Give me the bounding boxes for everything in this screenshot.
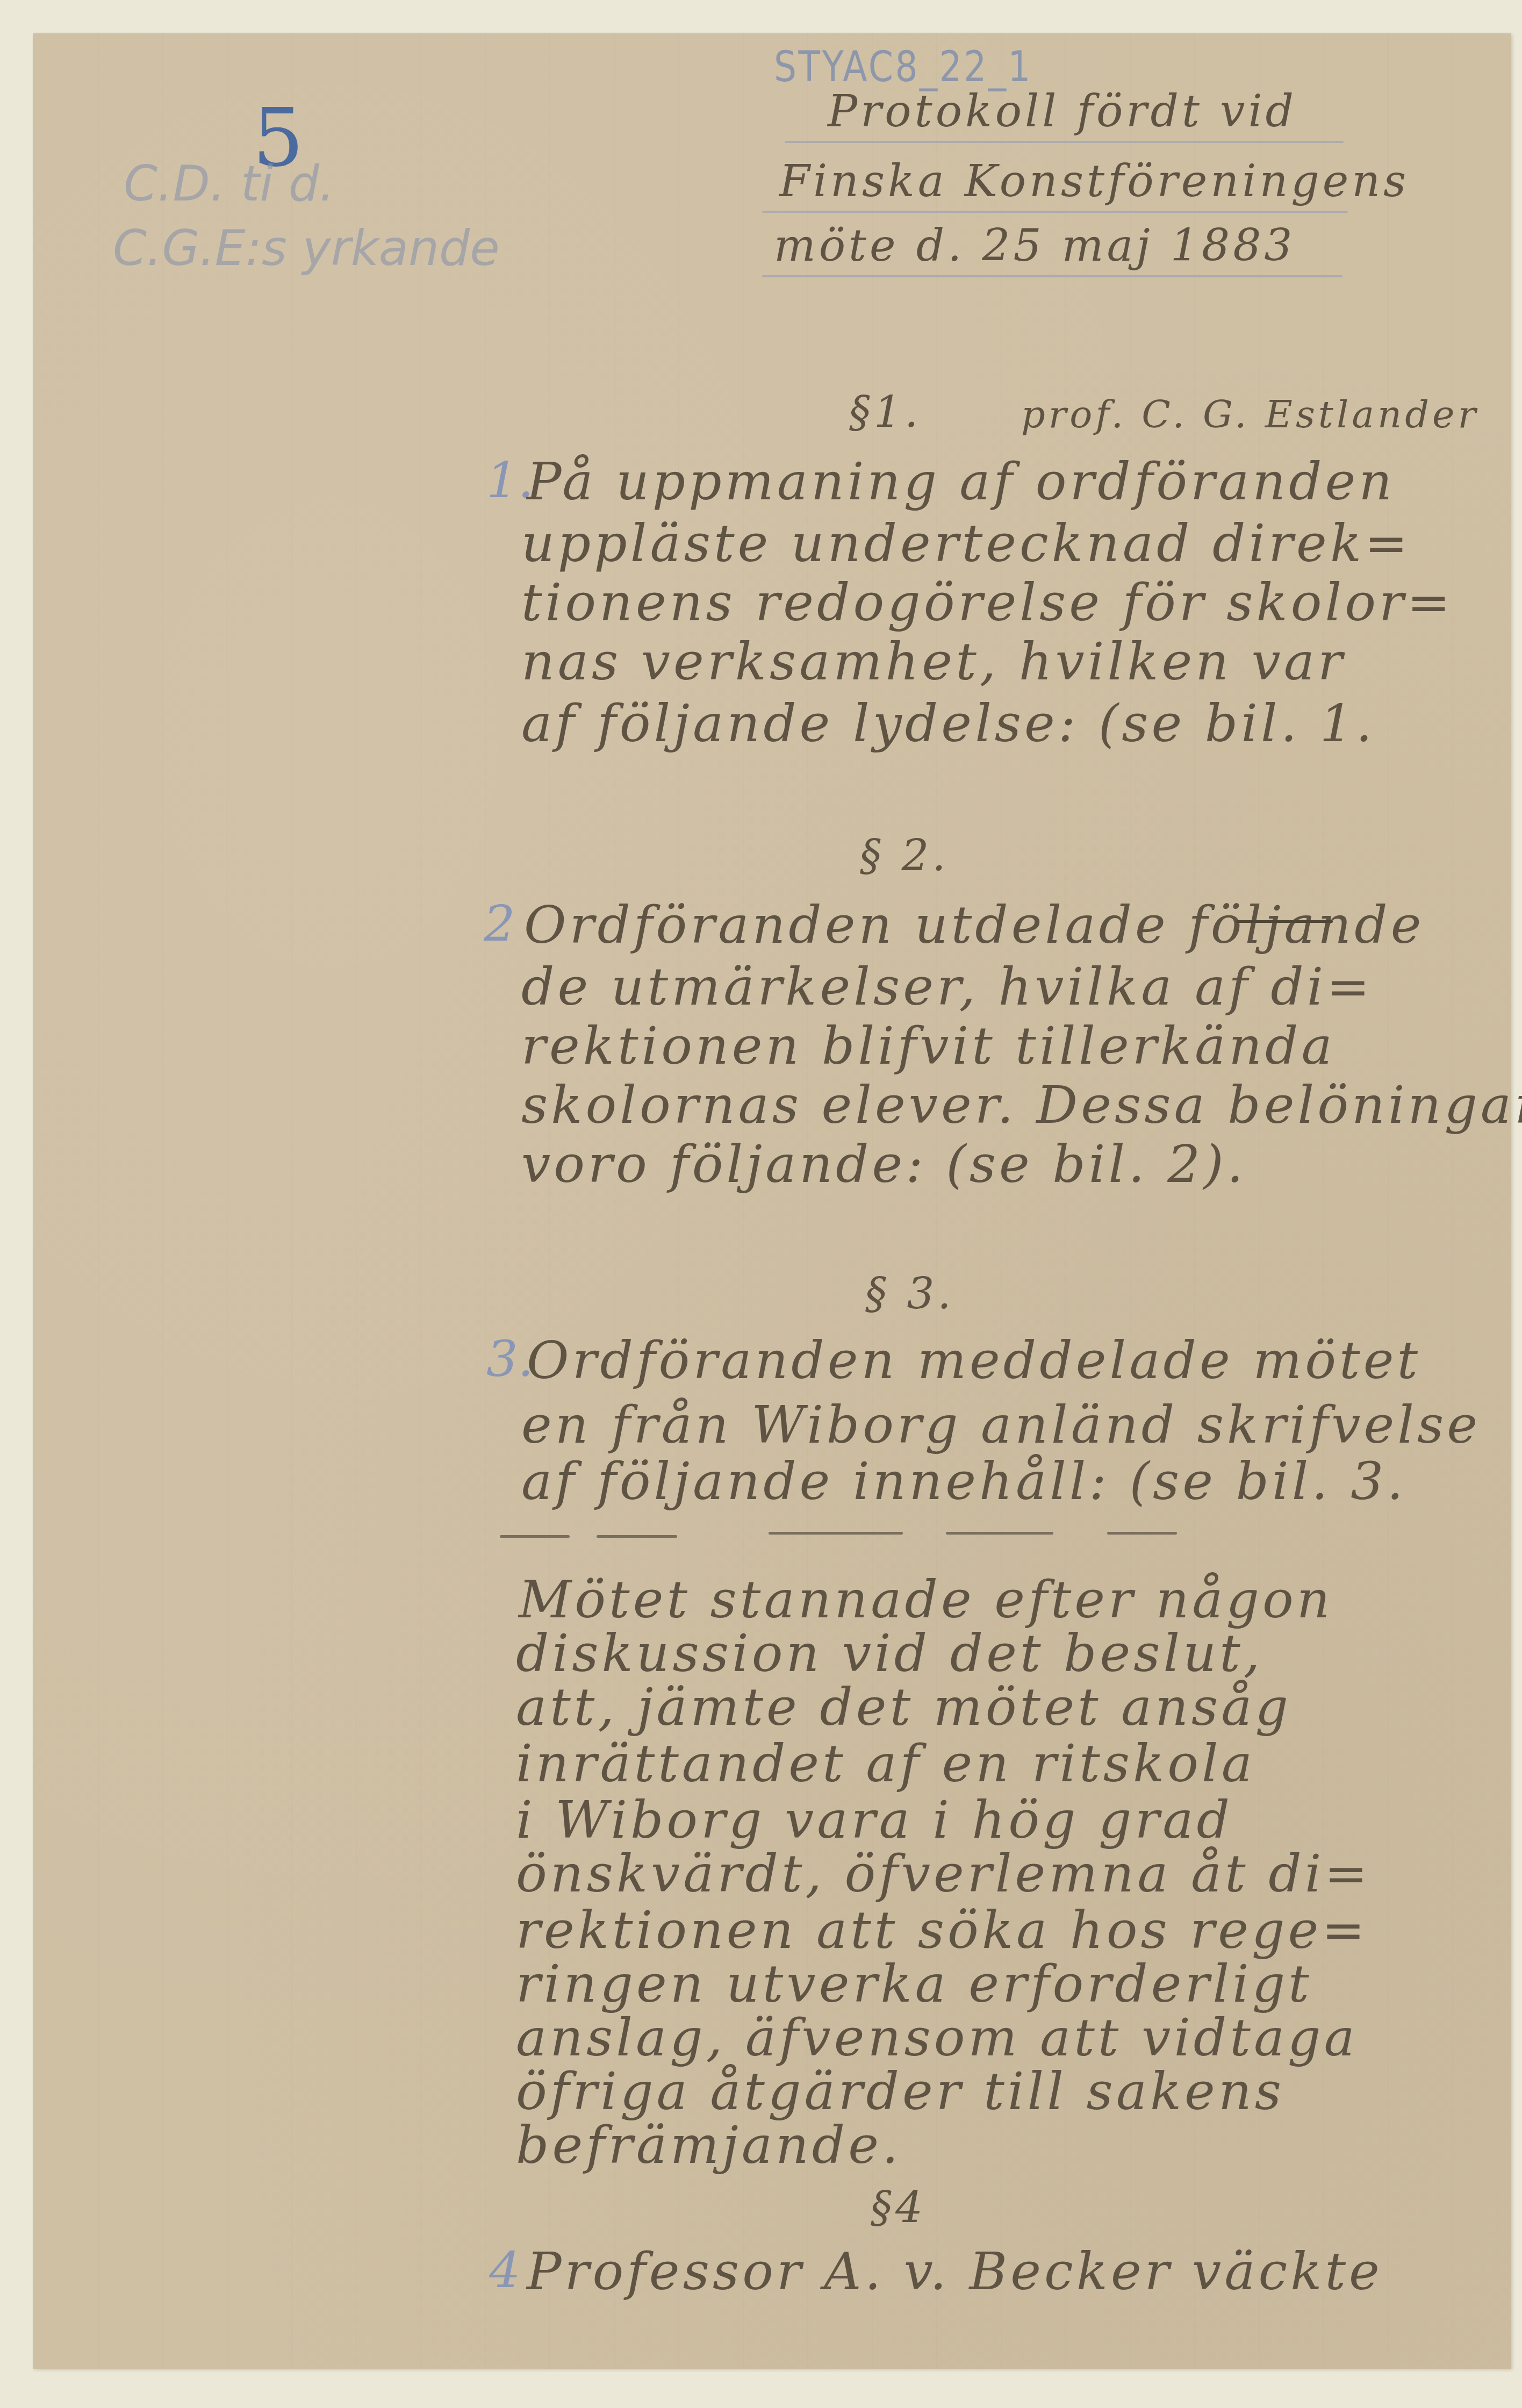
section-3-continuation: önskvärdt, öfverlemna åt di= (516, 1844, 1371, 1904)
section-2-line: rektionen blifvit tillerkända (521, 1016, 1336, 1076)
separator-dash (769, 1532, 903, 1535)
strikethrough (1236, 920, 1333, 923)
section-3-continuation: i Wiborg vara i hög grad (516, 1790, 1233, 1850)
section-2-line: Ordföranden utdelade följande (524, 895, 1424, 955)
section-3-line: af följande innehåll: (se bil. 3. (521, 1451, 1406, 1511)
title-line-3: möte d. 25 maj 1883 (774, 220, 1296, 271)
section-3-continuation: rektionen att söka hos rege= (516, 1900, 1368, 1960)
section-1-line: tionens redogörelse för skolor= (521, 572, 1453, 633)
section-3-continuation: ringen utverka erforderligt (516, 1954, 1312, 2014)
separator-dash (1107, 1532, 1177, 1535)
section-3-line: Ordföranden meddelade mötet (527, 1330, 1421, 1391)
section-3-continuation: öfriga åtgärder till sakens (516, 2061, 1284, 2122)
section-1-line: af följande lydelse: (se bil. 1. (521, 693, 1375, 754)
separator-dash (597, 1535, 677, 1538)
section-heading-3: § 3. (865, 1268, 954, 1318)
section-4-line: Professor A. v. Becker väckte (527, 2241, 1383, 2302)
section-2-line: de utmärkelser, hvilka af di= (521, 957, 1373, 1017)
pencil-note-1: C.D. ti d. (124, 156, 335, 212)
section-heading-4: §4 (871, 2182, 926, 2232)
section-1-line: nas verksamhet, hvilken var (521, 632, 1346, 692)
underline-2 (762, 211, 1348, 213)
underline-1 (785, 141, 1344, 143)
title-line-1: Protokoll fördt vid (828, 86, 1297, 137)
section-3-continuation: diskussion vid det beslut, (516, 1623, 1263, 1683)
catalog-stamp: STYAC8_22_1 (774, 43, 1032, 91)
separator-dash (500, 1535, 570, 1538)
section-heading-2: § 2. (860, 830, 949, 880)
section-2-line: voro följande: (se bil. 2). (521, 1134, 1246, 1194)
section-3-continuation: befrämjande. (516, 2115, 902, 2175)
title-line-2: Finska Konstföreningens (779, 156, 1409, 207)
section-3-continuation: Mötet stannade efter någon (519, 1569, 1333, 1630)
margin-number-4: 4 (489, 2241, 521, 2299)
section-3-line: en från Wiborg anländ skrifvelse (521, 1395, 1481, 1455)
section-3-continuation: att, jämte det mötet ansåg (516, 1677, 1291, 1737)
pencil-note-2: C.G.E:s yrkande (113, 220, 500, 277)
section-3-continuation: inrättandet af en ritskola (516, 1733, 1255, 1794)
underline-3 (762, 275, 1342, 277)
section-2-line: skolornas elever. Dessa belöningar (521, 1075, 1522, 1135)
section-3-continuation: anslag, äfvensom att vidtaga (516, 2008, 1358, 2068)
section-1-line: På uppmaning af ordföranden (527, 451, 1395, 512)
section-heading-1: §1. (849, 387, 921, 437)
margin-number-2: 2 (484, 895, 515, 952)
separator-dash (946, 1532, 1053, 1535)
insertion-estlander: prof. C. G. Estlander (1021, 392, 1479, 436)
section-1-line: uppläste undertecknad direk= (521, 513, 1411, 574)
